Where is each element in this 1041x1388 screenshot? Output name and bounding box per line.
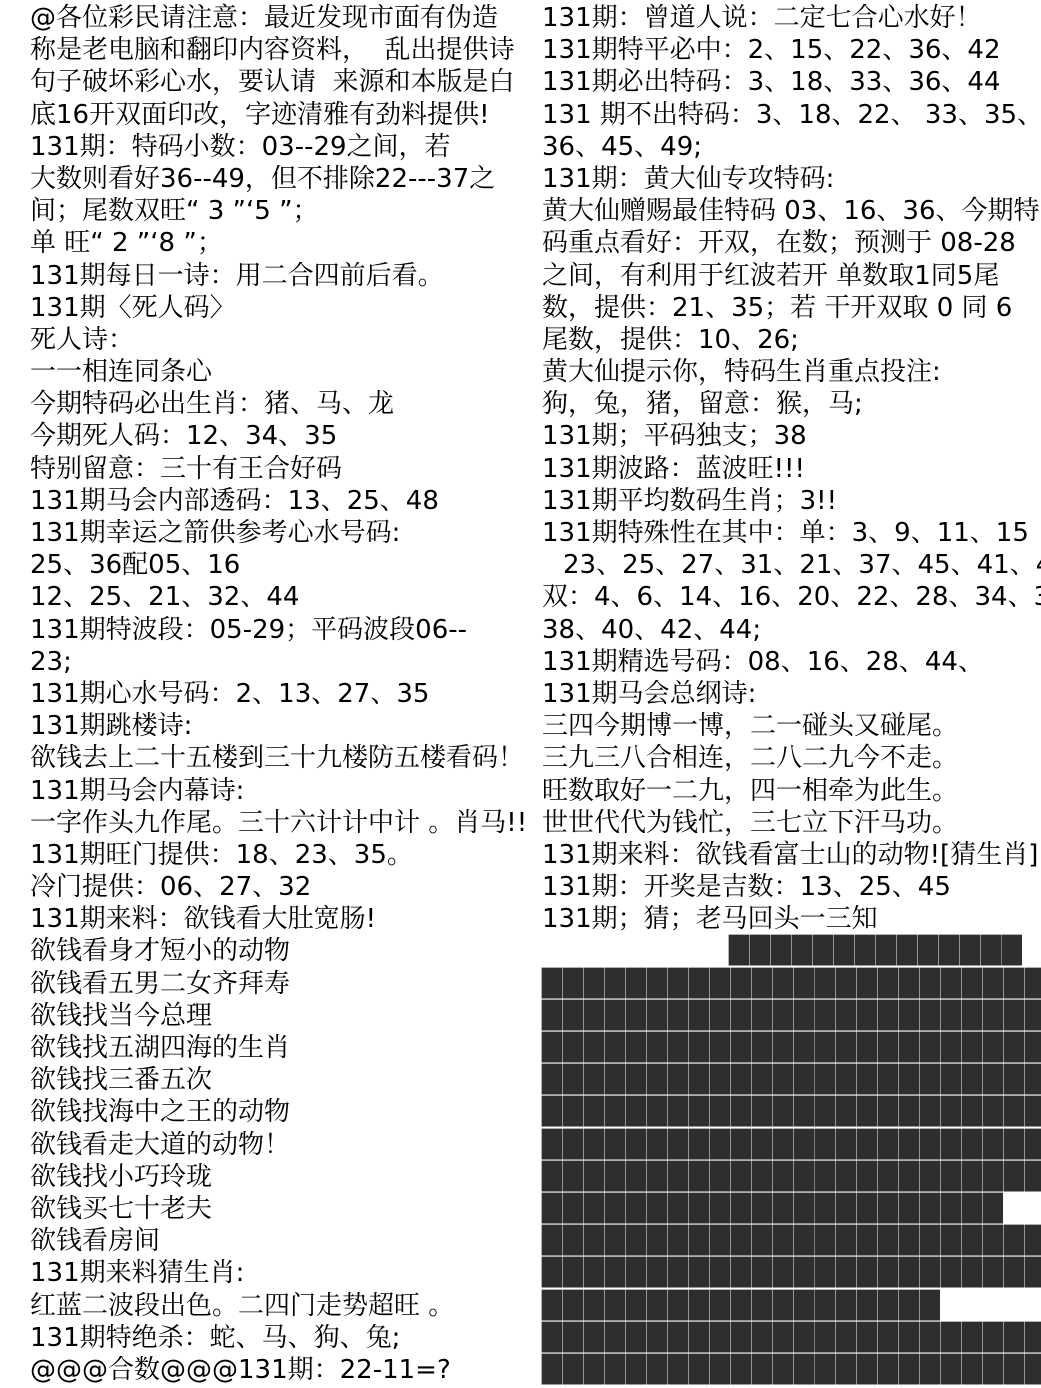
text-line: 三四今期博一博，二一碰头又碰尾。: [542, 710, 1037, 742]
text-line: 欲钱看身才短小的动物: [30, 935, 530, 967]
text-line: 131期来料：欲钱看大肚宽肠!: [30, 903, 530, 935]
text-line: 131期：特码小数：03--29之间，若: [30, 131, 530, 163]
text-line: 双：4、6、14、16、20、22、28、34、36: [542, 581, 1037, 613]
redacted-text-line: ██████████████████████████: [542, 1354, 1037, 1386]
text-line: 131期特殊性在其中：单：3、9、11、15: [542, 517, 1037, 549]
redacted-text-line: ███████████████████████████: [542, 1257, 1037, 1289]
redacted-text-line: ████████████████████████████: [542, 1322, 1037, 1354]
redacted-text-line: ████████████████████████████: [542, 968, 1037, 1000]
text-line: 之间，有利用于红波若开 单数取1同5尾: [542, 260, 1037, 292]
redacted-text-line: ███████████████████████████: [542, 1129, 1037, 1161]
text-line: 欲钱找五湖四海的生肖: [30, 1032, 530, 1064]
text-line: 131期：开奖是吉数：13、25、45: [542, 871, 1037, 903]
text-line: 131期来料猜生肖:: [30, 1257, 530, 1289]
text-line: 131期跳楼诗:: [30, 710, 530, 742]
text-line: 131 期不出特码：3、18、22、 33、35、: [542, 99, 1037, 131]
left-text-column: @各位彩民请注意：最近发现市面有伪造称是老电脑和翻印内容资料， 乱出提供诗句子破…: [30, 2, 530, 1386]
text-line: 称是老电脑和翻印内容资料， 乱出提供诗: [30, 34, 530, 66]
text-line: 世世代代为钱忙，三七立下汗马功。: [542, 807, 1037, 839]
redacted-text-line: ████████████████████████████: [542, 1225, 1037, 1257]
text-line: 131期马会内部透码：13、25、48: [30, 485, 530, 517]
text-line: 131期心水号码：2、13、27、35: [30, 678, 530, 710]
redacted-text-line: ██████████████████████████: [542, 1064, 1037, 1096]
text-line: 131期特平必中：2、15、22、36、42: [542, 34, 1037, 66]
text-line: 131期旺门提供：18、23、35。: [30, 839, 530, 871]
redacted-text-line: ███████████████████████████: [542, 1032, 1037, 1064]
text-line: 今期特码必出生肖：猪、马、龙: [30, 388, 530, 420]
text-line: 单 旺“ 2 ”‘8 ”；: [30, 227, 530, 259]
text-line: 底16开双面印改，字迹清雅有劲料提供!: [30, 99, 530, 131]
right-text-column: 131期：曾道人说：二定七合心水好！131期特平必中：2、15、22、36、42…: [542, 2, 1037, 1386]
text-line: 欲钱看五男二女齐拜寿: [30, 968, 530, 1000]
text-line: 36、45、49;: [542, 131, 1037, 163]
text-line: 131期〈死人码〉: [30, 292, 530, 324]
text-line: 数，提供：21、35；若 干开双取 0 同 6: [542, 292, 1037, 324]
text-line: 欲钱买七十老夫: [30, 1193, 530, 1225]
text-line: @各位彩民请注意：最近发现市面有伪造: [30, 2, 530, 34]
redacted-text-line: ████████████████████████████: [542, 1096, 1037, 1128]
text-line: 三九三八合相连，二八二九今不走。: [542, 742, 1037, 774]
text-line: 一一相连同条心: [30, 356, 530, 388]
redacted-text-line: ████████████████████████████: [542, 1000, 1037, 1032]
text-line: 23、25、27、31、21、37、45、41、47;: [542, 549, 1037, 581]
text-line: 25、36配05、16: [30, 549, 530, 581]
text-line: 欲钱找三番五次: [30, 1064, 530, 1096]
text-line: 特别留意：三十有王合好码: [30, 453, 530, 485]
text-line: 间；尾数双旺“ 3 ”‘5 ”；: [30, 195, 530, 227]
text-line: 欲钱找小巧玲珑: [30, 1161, 530, 1193]
text-line: 尾数，提供：10、26;: [542, 324, 1037, 356]
text-line: 131期：黄大仙专攻特码:: [542, 163, 1037, 195]
text-line: 131期平均数码生肖；3!!: [542, 485, 1037, 517]
text-line: 欲钱看房间: [30, 1225, 530, 1257]
text-line: 大数则看好36--49，但不排除22---37之: [30, 163, 530, 195]
redacted-text-line: ██████████████████████: [542, 1193, 1037, 1225]
text-line: 38、40、42、44;: [542, 614, 1037, 646]
redacted-text-line: ███████████████████████████: [542, 1161, 1037, 1193]
text-line: 旺数取好一二九，四一相牵为此生。: [542, 775, 1037, 807]
text-line: 欲钱找当今总理: [30, 1000, 530, 1032]
text-line: 131期；猜；老马回头一三知: [542, 903, 1037, 935]
redacted-text-line: ███████████████████: [542, 1290, 1037, 1322]
text-line: 131期每日一诗：用二合四前后看。: [30, 260, 530, 292]
text-line: 冷门提供：06、27、32: [30, 871, 530, 903]
text-line: 今期死人码：12、34、35: [30, 420, 530, 452]
text-line: 12、25、21、32、44: [30, 581, 530, 613]
text-line: 欲钱看走大道的动物！: [30, 1129, 530, 1161]
text-line: 死人诗：: [30, 324, 530, 356]
text-line: 131期幸运之箭供参考心水号码:: [30, 517, 530, 549]
text-line: 131期特波段：05-29；平码波段06--: [30, 614, 530, 646]
text-line: 131期精选号码：08、16、28、44、: [542, 646, 1037, 678]
text-line: 131期特绝杀：蛇、马、狗、兔;: [30, 1322, 530, 1354]
text-line: 红蓝二波段出色。二四门走势超旺 。: [30, 1290, 530, 1322]
text-line: 23;: [30, 646, 530, 678]
text-line: 欲钱找海中之王的动物: [30, 1096, 530, 1128]
text-line: 黄大仙提示你，特码生肖重点投注:: [542, 356, 1037, 388]
text-line: 码重点看好：开双，在数；预测于 08-28: [542, 227, 1037, 259]
text-line: 欲钱去上二十五楼到三十九楼防五楼看码！: [30, 742, 530, 774]
text-line: 句子破坏彩心水，要认请 来源和本版是白: [30, 66, 530, 98]
text-line: 一字作头九作尾。三十六计计中计 。肖马!!: [30, 807, 530, 839]
text-line: 黄大仙赠赐最佳特码 03、16、36、今期特: [542, 195, 1037, 227]
document-page: @各位彩民请注意：最近发现市面有伪造称是老电脑和翻印内容资料， 乱出提供诗句子破…: [0, 0, 1041, 1388]
text-line: 131期来料：欲钱看富士山的动物![猜生肖]: [542, 839, 1037, 871]
text-line: 131期必出特码：3、18、33、36、44: [542, 66, 1037, 98]
text-line: @@@合数@@@131期：22-11=?: [30, 1354, 530, 1386]
text-line: 131期马会内幕诗:: [30, 775, 530, 807]
text-line: 131期波路：蓝波旺!!!: [542, 453, 1037, 485]
redacted-text-line: ██████████████: [542, 935, 1037, 967]
text-line: 131期马会总纲诗:: [542, 678, 1037, 710]
text-line: 131期；平码独支；38: [542, 420, 1037, 452]
text-line: 131期：曾道人说：二定七合心水好！: [542, 2, 1037, 34]
text-line: 狗，兔，猪，留意：猴，马;: [542, 388, 1037, 420]
